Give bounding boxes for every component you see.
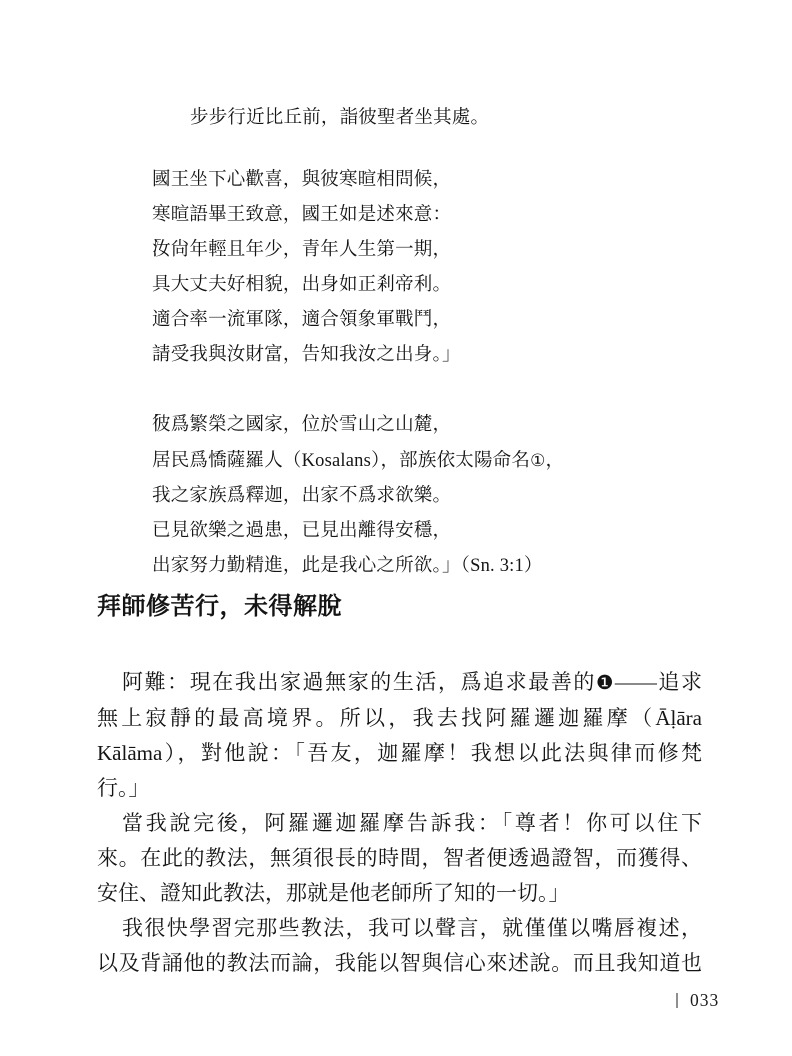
text-line: 安住、證知此教法，那就是他老師所了知的一切。」	[97, 876, 702, 911]
page-number: 033	[690, 990, 719, 1011]
text-line: 請受我與汝財富，告知我汝之出身。」	[152, 338, 792, 373]
text-line: 已見欲樂之過患，已見出離得安穩，	[152, 514, 792, 549]
text-line: 寒暄語畢王致意，國王如是述來意：	[152, 198, 792, 233]
verse-stanza-dialog: 國王坐下心歡喜，與彼寒暄相問候，寒暄語畢王致意，國王如是述來意：「汝尙年輕且年少…	[152, 163, 792, 373]
text-line: 以及背誦他的教法而論，我能以智與信心來述說。而且我知道也	[97, 946, 702, 981]
text-line: 阿難：現在我出家過無家的生活，爲追求最善的❶——追求	[97, 665, 702, 701]
text-line: 居民爲憍薩羅人（Kosalans），部族依太陽命名①，	[152, 443, 792, 479]
quote-bracket: 「	[143, 233, 152, 268]
text-line: 無上寂靜的最高境界。所以，我去找阿羅邏迦羅摩（Āḷāra	[97, 701, 702, 736]
text-line: 「汝尙年輕且年少，青年人生第一期，	[152, 233, 792, 268]
quote-bracket: 「	[143, 408, 152, 443]
verse-stanza-opening: 步步行近比丘前，詣彼聖者坐其處。	[190, 101, 792, 136]
paragraph: 當我說完後，阿羅邏迦羅摩告訴我：「尊者！你可以住下來。在此的教法，無須很長的時間…	[97, 806, 702, 911]
text-line: 具大丈夫好相貌，出身如正剎帝利。	[152, 268, 792, 303]
text-line: 「彼爲繁榮之國家，位於雪山之山麓，	[152, 408, 792, 443]
text-line: Kālāma），對他說：「吾友，迦羅摩！我想以此法與律而修梵	[97, 736, 702, 771]
footnote-marker: ①	[530, 451, 545, 470]
book-page: 步步行近比丘前，詣彼聖者坐其處。 國王坐下心歡喜，與彼寒暄相問候，寒暄語畢王致意…	[0, 0, 792, 1056]
footnote-marker: ❶	[596, 673, 615, 694]
text-line: 國王坐下心歡喜，與彼寒暄相問候，	[152, 163, 792, 198]
verse-stanza-origin: 「彼爲繁榮之國家，位於雪山之山麓，居民爲憍薩羅人（Kosalans），部族依太陽…	[152, 408, 792, 584]
footer-rule	[676, 993, 678, 1008]
text-line: 行。」	[97, 771, 702, 806]
text-line: 我之家族爲釋迦，出家不爲求欲樂。	[152, 479, 792, 514]
text-line: 步步行近比丘前，詣彼聖者坐其處。	[190, 101, 792, 136]
text-line: 適合率一流軍隊，適合領象軍戰鬥，	[152, 303, 792, 338]
paragraph: 我很快學習完那些教法，我可以聲言，就僅僅以嘴唇複述，以及背誦他的教法而論，我能以…	[97, 911, 702, 981]
text-line: 我很快學習完那些教法，我可以聲言，就僅僅以嘴唇複述，	[97, 911, 702, 946]
paragraph: 阿難：現在我出家過無家的生活，爲追求最善的❶——追求無上寂靜的最高境界。所以，我…	[97, 665, 702, 806]
text-line: 來。在此的教法，無須很長的時間，智者便透過證智，而獲得、	[97, 841, 702, 876]
section-heading: 拜師修苦行，未得解脫	[97, 592, 792, 622]
verse-section: 步步行近比丘前，詣彼聖者坐其處。 國王坐下心歡喜，與彼寒暄相問候，寒暄語畢王致意…	[152, 101, 792, 584]
body-text: 阿難：現在我出家過無家的生活，爲追求最善的❶——追求無上寂靜的最高境界。所以，我…	[97, 665, 702, 981]
text-line: 出家努力勤精進，此是我心之所欲。」（Sn. 3:1）	[152, 549, 792, 584]
page-footer: 033	[676, 991, 719, 1009]
text-line: 當我說完後，阿羅邏迦羅摩告訴我：「尊者！你可以住下	[97, 806, 702, 841]
